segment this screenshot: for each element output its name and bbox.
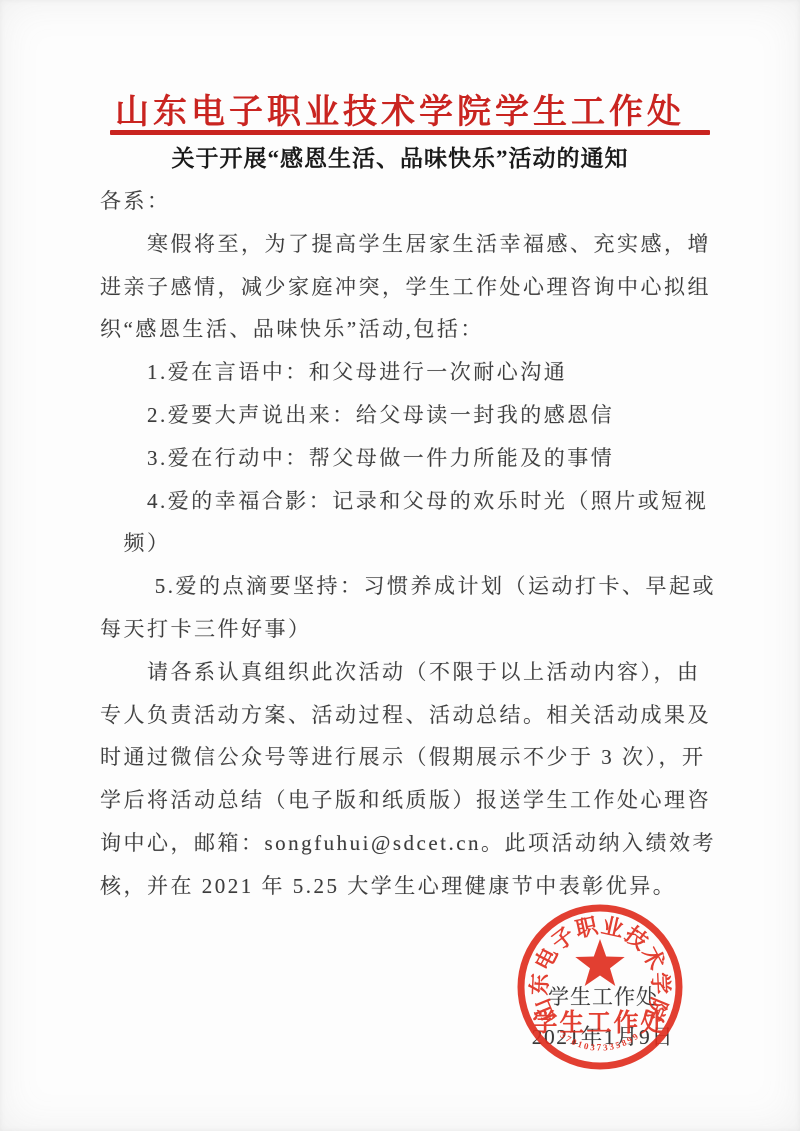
notice-body: 各系： 寒假将至，为了提高学生居家生活幸福感、充实感，增进亲子感情，减少家庭冲突… [100, 180, 724, 908]
body-line: 1.爱在言语中：和父母进行一次耐心沟通 [100, 351, 724, 394]
body-line: 进亲子感情，减少家庭冲突，学生工作处心理咨询中心拟组 [100, 266, 724, 309]
official-seal: 山东电子职业技术学院 学生工作处 3701037335899 [514, 901, 686, 1073]
body-line: 各系： [100, 180, 724, 223]
body-line: 学后将活动总结（电子版和纸质版）报送学生工作处心理咨 [100, 779, 724, 822]
letterhead-divider [110, 130, 710, 135]
notice-subject: 关于开展“感恩生活、品味快乐”活动的通知 [0, 140, 800, 173]
body-line: 专人负责活动方案、活动过程、活动总结。相关活动成果及 [100, 694, 724, 737]
body-line: 时通过微信公众号等进行展示（假期展示不少于 3 次），开 [100, 736, 724, 779]
body-line: 4.爱的幸福合影：记录和父母的欢乐时光（照片或短视 [100, 480, 724, 523]
body-line: 询中心，邮箱：songfuhui@sdcet.cn。此项活动纳入绩效考 [100, 822, 724, 865]
body-line: 5.爱的点滴要坚持：习惯养成计划（运动打卡、早起或 [100, 565, 724, 608]
star-icon [575, 939, 624, 986]
document-page: 山东电子职业技术学院学生工作处 关于开展“感恩生活、品味快乐”活动的通知 各系：… [0, 0, 800, 1131]
letterhead-title: 山东电子职业技术学院学生工作处 [0, 84, 800, 133]
body-line: 织“感恩生活、品味快乐”活动,包括： [100, 308, 724, 351]
body-line: 请各系认真组织此次活动（不限于以上活动内容），由 [100, 651, 724, 694]
body-line: 2.爱要大声说出来：给父母读一封我的感恩信 [100, 394, 724, 437]
body-line: 频） [100, 522, 724, 565]
body-line: 寒假将至，为了提高学生居家生活幸福感、充实感，增 [100, 223, 724, 266]
seal-name-text: 学生工作处 [532, 1009, 667, 1037]
body-line: 每天打卡三件好事） [100, 608, 724, 651]
body-line: 3.爱在行动中：帮父母做一件力所能及的事情 [100, 437, 724, 480]
